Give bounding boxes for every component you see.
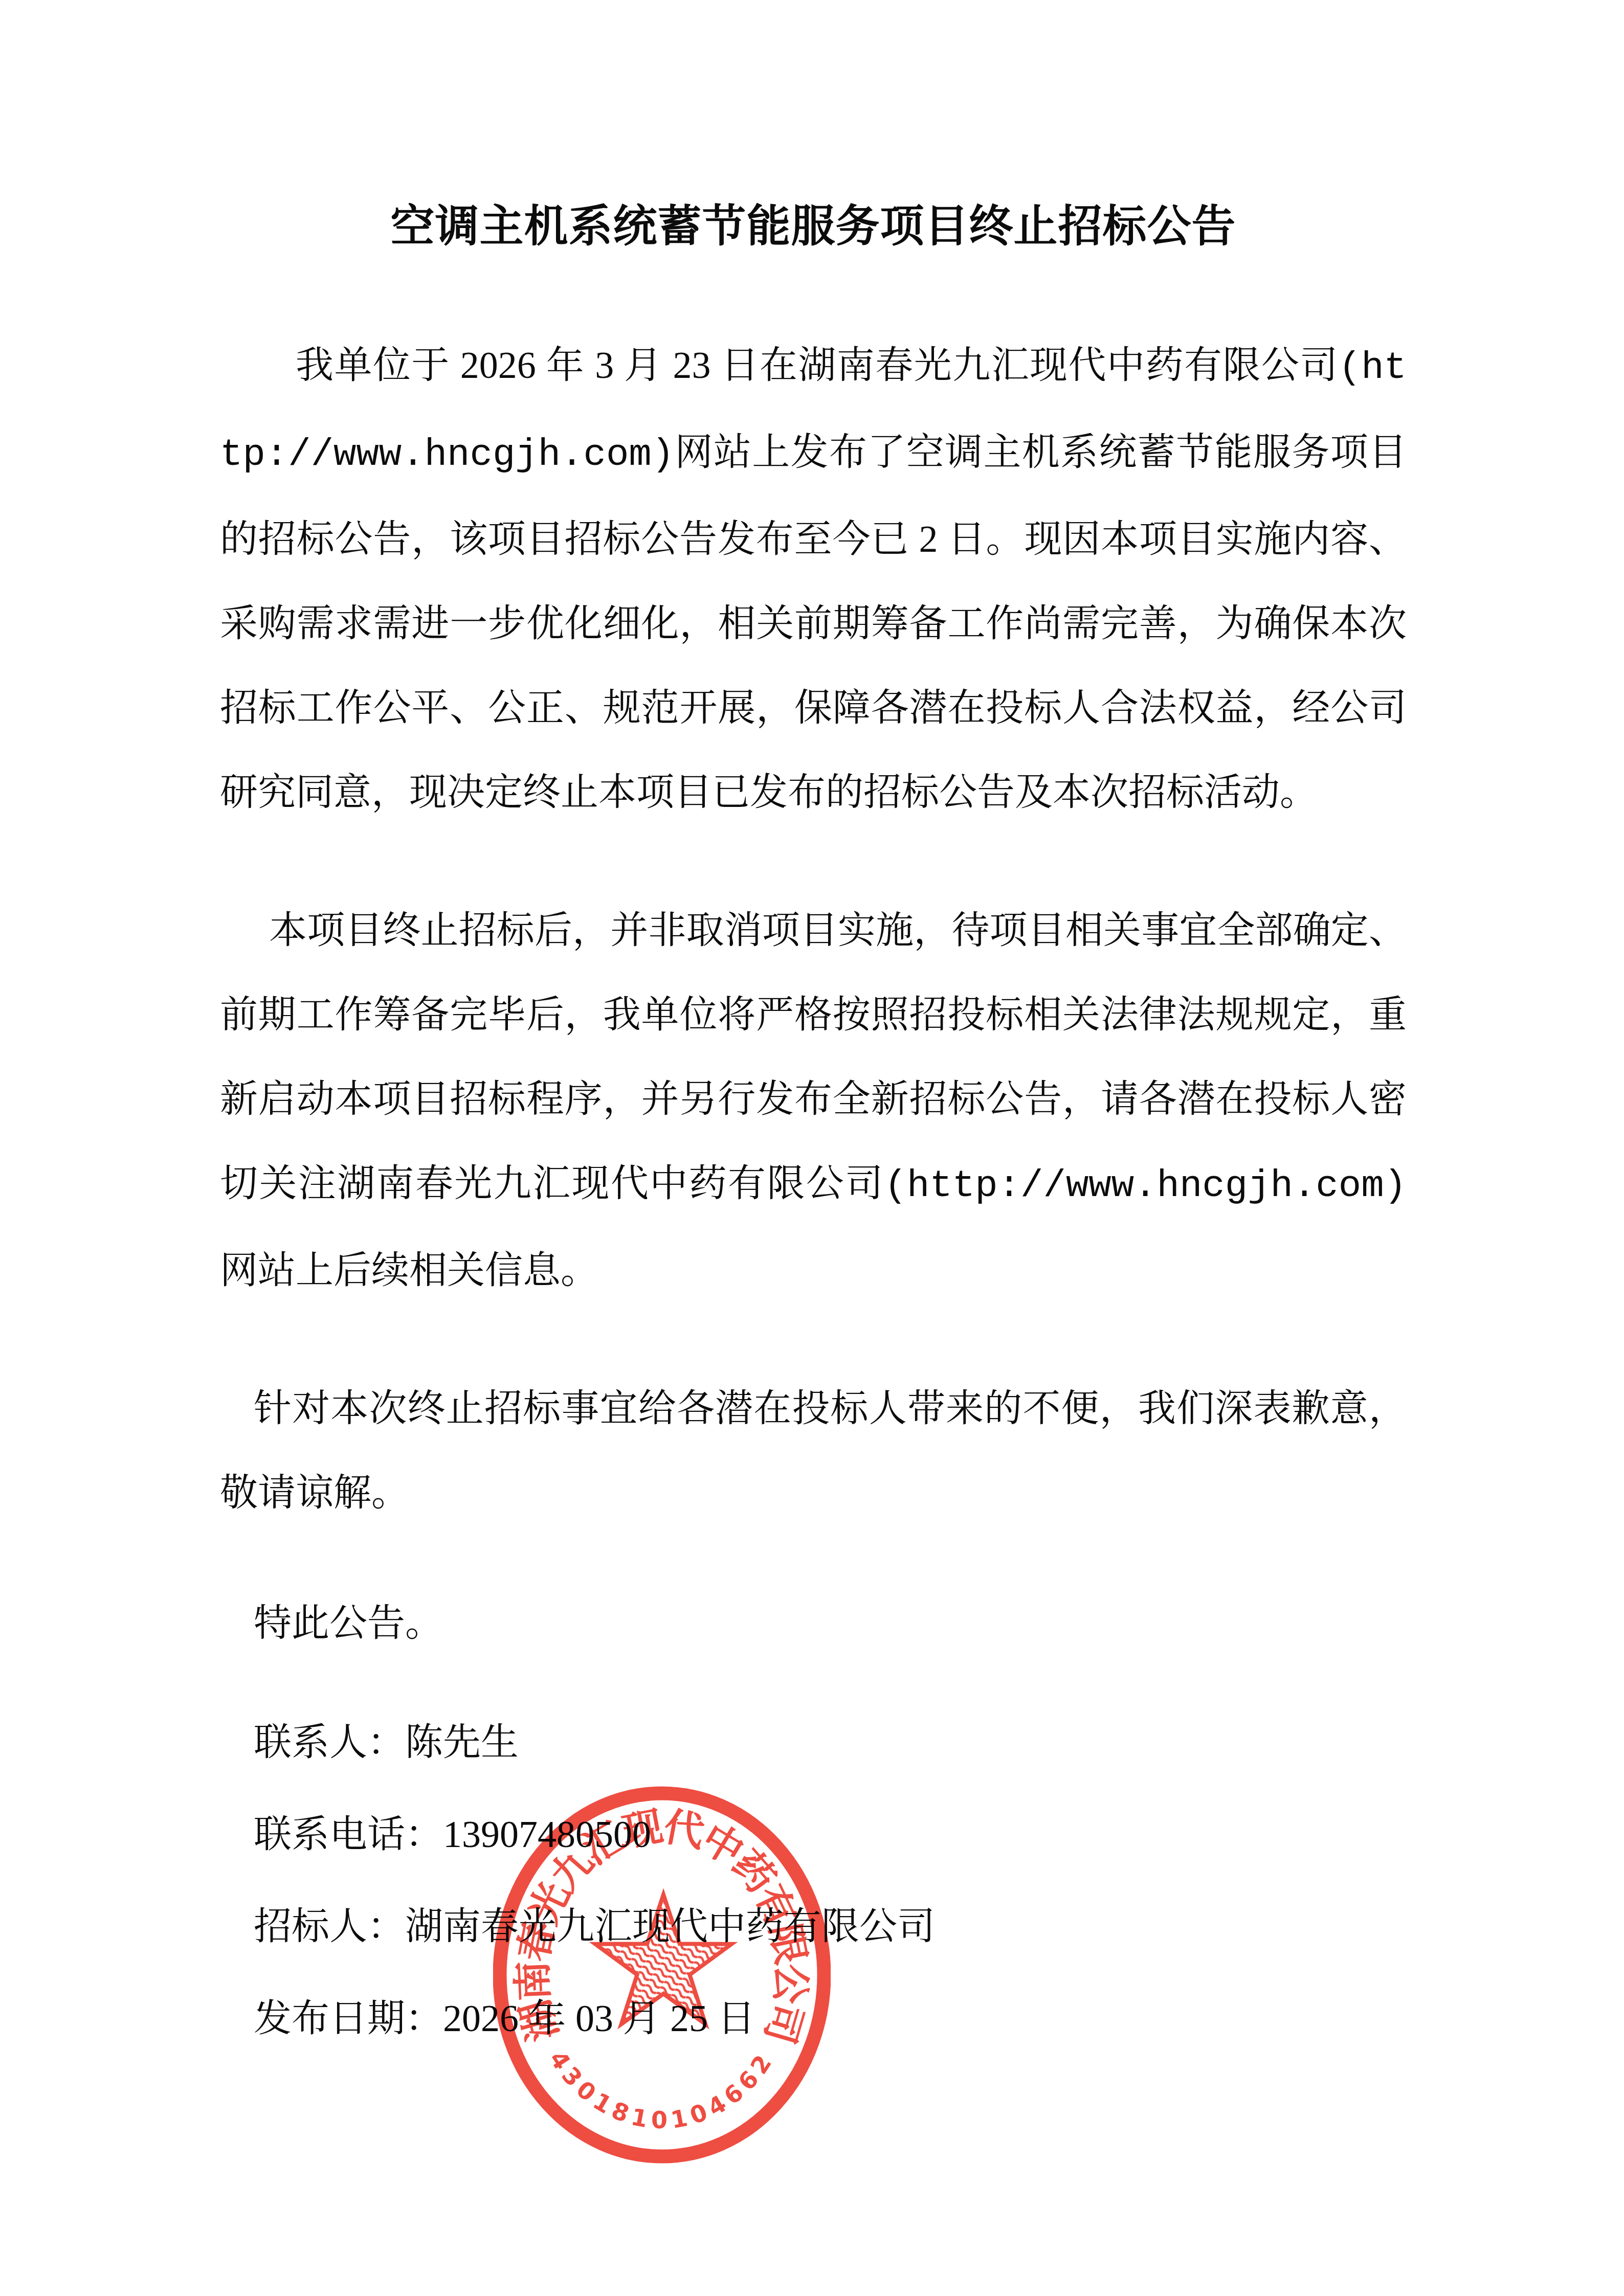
paragraph-restart-plan: 本项目终止招标后，并非取消项目实施，待项目相关事宜全部确定、前期工作筹备完毕后，… <box>220 889 1407 1313</box>
contact-block: 联系人：陈先生 联系电话：13907480500 招标人：湖南春光九汇现代中药有… <box>220 1697 1407 2065</box>
publish-date-line: 发布日期：2026 年 03 月 25 日 <box>220 1973 1407 2065</box>
paragraph-opening: 我单位于 2026 年 3 月 23 日在湖南春光九汇现代中药有限公司(http… <box>220 324 1407 835</box>
contact-person-label: 联系人： <box>254 1722 405 1764</box>
tenderee-label: 招标人： <box>254 1906 405 1948</box>
tenderee-value: 湖南春光九汇现代中药有限公司 <box>405 1906 935 1948</box>
tenderee-line: 招标人：湖南春光九汇现代中药有限公司 <box>220 1881 1407 1973</box>
contact-person-line: 联系人：陈先生 <box>220 1697 1407 1789</box>
paragraph-apology: 针对本次终止招标事宜给各潜在投标人带来的不便，我们深表歉意，敬请谅解。 <box>220 1367 1407 1536</box>
contact-phone-label: 联系电话： <box>254 1814 443 1856</box>
page-title: 空调主机系统蓄节能服务项目终止招标公告 <box>220 198 1407 255</box>
publish-date-value: 2026 年 03 月 25 日 <box>443 1998 755 2040</box>
closing-statement: 特此公告。 <box>220 1582 1407 1666</box>
document-screenshot: { "document": { "title": "空调主机系统蓄节能服务项目终… <box>0 0 1624 2296</box>
publish-date-label: 发布日期： <box>254 1998 443 2040</box>
announcement-page: 空调主机系统蓄节能服务项目终止招标公告 我单位于 2026 年 3 月 23 日… <box>0 0 1624 2296</box>
contact-person-value: 陈先生 <box>405 1722 519 1764</box>
contact-phone-line: 联系电话：13907480500 <box>220 1789 1407 1881</box>
contact-phone-value: 13907480500 <box>443 1814 651 1856</box>
